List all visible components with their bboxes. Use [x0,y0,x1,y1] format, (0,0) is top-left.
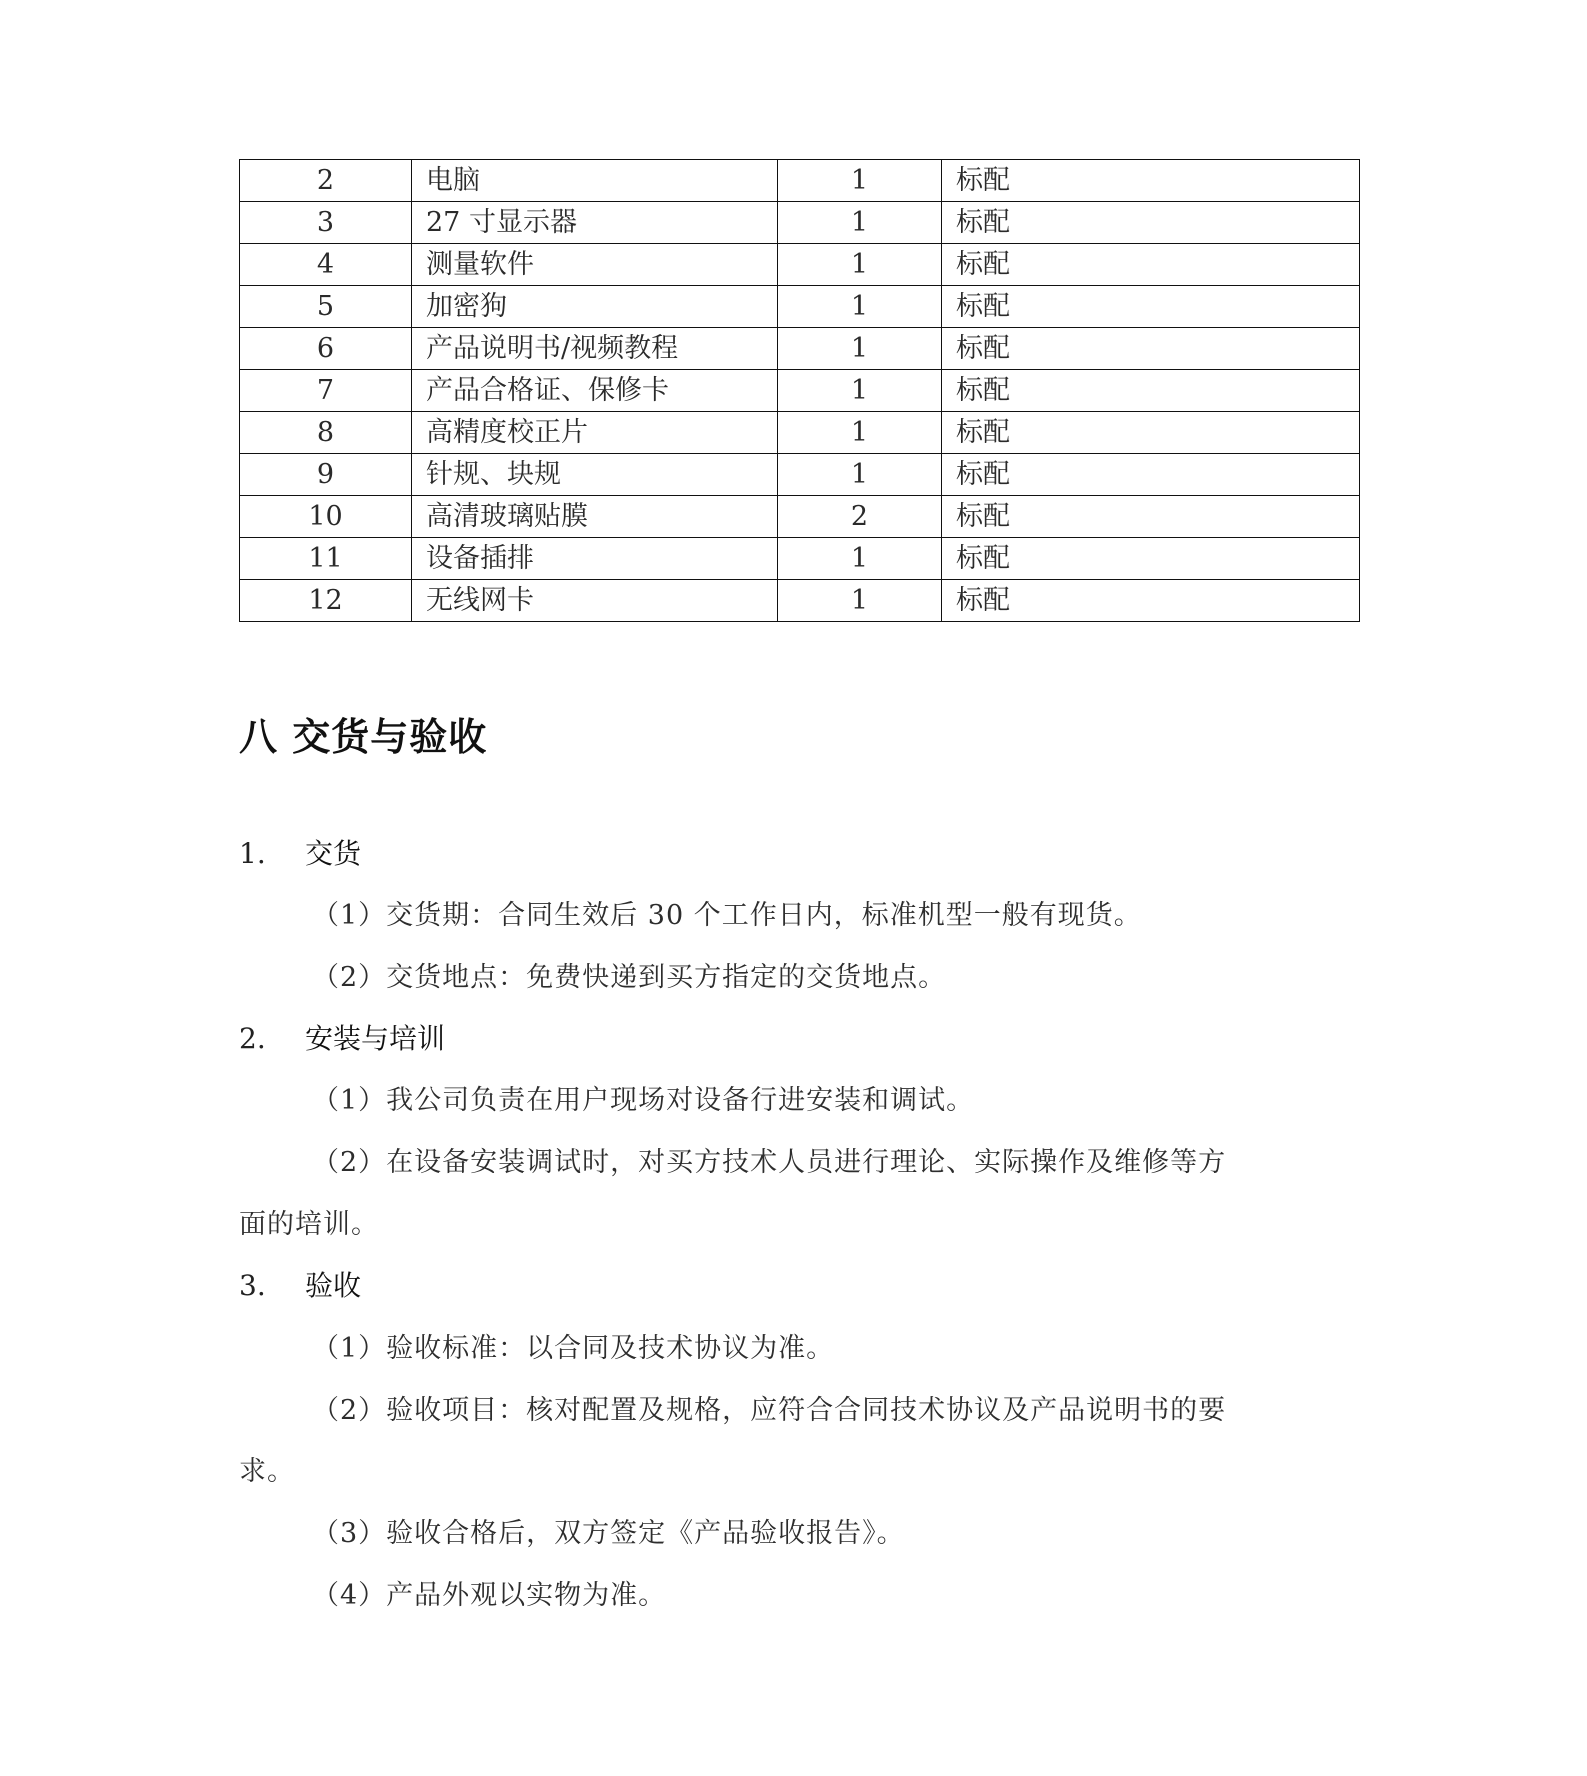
item-remark: 标配 [942,202,1360,244]
item-remark: 标配 [942,328,1360,370]
item-name: 27 寸显示器 [412,202,778,244]
item-name: 高精度校正片 [412,412,778,454]
row-number: 7 [240,370,412,412]
item-quantity: 1 [778,202,942,244]
item-quantity: 1 [778,538,942,580]
table-row: 8 高精度校正片 1 标配 [240,412,1360,454]
subsection-heading-acceptance: 3.验收 [239,1264,361,1304]
item-name: 针规、块规 [412,454,778,496]
item-remark: 标配 [942,160,1360,202]
item-quantity: 2 [778,496,942,538]
subsection-heading-installation: 2.安装与培训 [239,1017,445,1057]
row-number: 6 [240,328,412,370]
item-quantity: 1 [778,286,942,328]
item-name: 设备插排 [412,538,778,580]
table-row: 11 设备插排 1 标配 [240,538,1360,580]
paragraph: （1）交货期：合同生效后 30 个工作日内，标准机型一般有现货。 [312,893,1142,932]
subsection-number: 2. [239,1022,305,1055]
section-heading: 八 交货与验收 [239,706,487,761]
item-quantity: 1 [778,370,942,412]
paragraph: （1）我公司负责在用户现场对设备行进安装和调试。 [312,1078,974,1117]
subsection-number: 3. [239,1269,305,1302]
table-row: 5 加密狗 1 标配 [240,286,1360,328]
paragraph-continuation: 面的培训。 [239,1202,379,1241]
item-name: 电脑 [412,160,778,202]
item-name: 加密狗 [412,286,778,328]
row-number: 5 [240,286,412,328]
item-name: 测量软件 [412,244,778,286]
item-quantity: 1 [778,580,942,622]
item-remark: 标配 [942,370,1360,412]
item-remark: 标配 [942,286,1360,328]
paragraph: （4）产品外观以实物为准。 [312,1573,666,1612]
item-remark: 标配 [942,412,1360,454]
paragraph: （2）在设备安装调试时，对买方技术人员进行理论、实际操作及维修等方 [312,1140,1226,1179]
paragraph: （2）验收项目：核对配置及规格，应符合合同技术协议及产品说明书的要 [312,1388,1226,1427]
item-name: 无线网卡 [412,580,778,622]
table-row: 10 高清玻璃贴膜 2 标配 [240,496,1360,538]
row-number: 3 [240,202,412,244]
paragraph: （3）验收合格后，双方签定《产品验收报告》。 [312,1511,905,1550]
item-remark: 标配 [942,244,1360,286]
row-number: 9 [240,454,412,496]
table-row: 3 27 寸显示器 1 标配 [240,202,1360,244]
paragraph: （1）验收标准：以合同及技术协议为准。 [312,1326,834,1365]
subsection-title: 安装与培训 [305,1022,445,1055]
item-quantity: 1 [778,412,942,454]
subsection-number: 1. [239,837,305,870]
item-quantity: 1 [778,160,942,202]
item-remark: 标配 [942,580,1360,622]
item-remark: 标配 [942,496,1360,538]
row-number: 12 [240,580,412,622]
subsection-title: 交货 [305,837,361,870]
table-row: 7 产品合格证、保修卡 1 标配 [240,370,1360,412]
row-number: 10 [240,496,412,538]
table-row: 4 测量软件 1 标配 [240,244,1360,286]
subsection-heading-delivery: 1.交货 [239,832,361,872]
paragraph-continuation: 求。 [239,1449,295,1488]
row-number: 4 [240,244,412,286]
item-quantity: 1 [778,328,942,370]
row-number: 2 [240,160,412,202]
item-remark: 标配 [942,454,1360,496]
item-remark: 标配 [942,538,1360,580]
table-row: 12 无线网卡 1 标配 [240,580,1360,622]
table-row: 6 产品说明书/视频教程 1 标配 [240,328,1360,370]
item-quantity: 1 [778,454,942,496]
row-number: 8 [240,412,412,454]
item-name: 产品合格证、保修卡 [412,370,778,412]
document-page: 2 电脑 1 标配 3 27 寸显示器 1 标配 4 测量软件 1 标配 5 加… [0,0,1587,1776]
item-quantity: 1 [778,244,942,286]
table-row: 2 电脑 1 标配 [240,160,1360,202]
item-name: 产品说明书/视频教程 [412,328,778,370]
item-name: 高清玻璃贴膜 [412,496,778,538]
paragraph: （2）交货地点：免费快递到买方指定的交货地点。 [312,955,946,994]
subsection-title: 验收 [305,1269,361,1302]
equipment-list-table: 2 电脑 1 标配 3 27 寸显示器 1 标配 4 测量软件 1 标配 5 加… [239,159,1360,622]
row-number: 11 [240,538,412,580]
table-row: 9 针规、块规 1 标配 [240,454,1360,496]
